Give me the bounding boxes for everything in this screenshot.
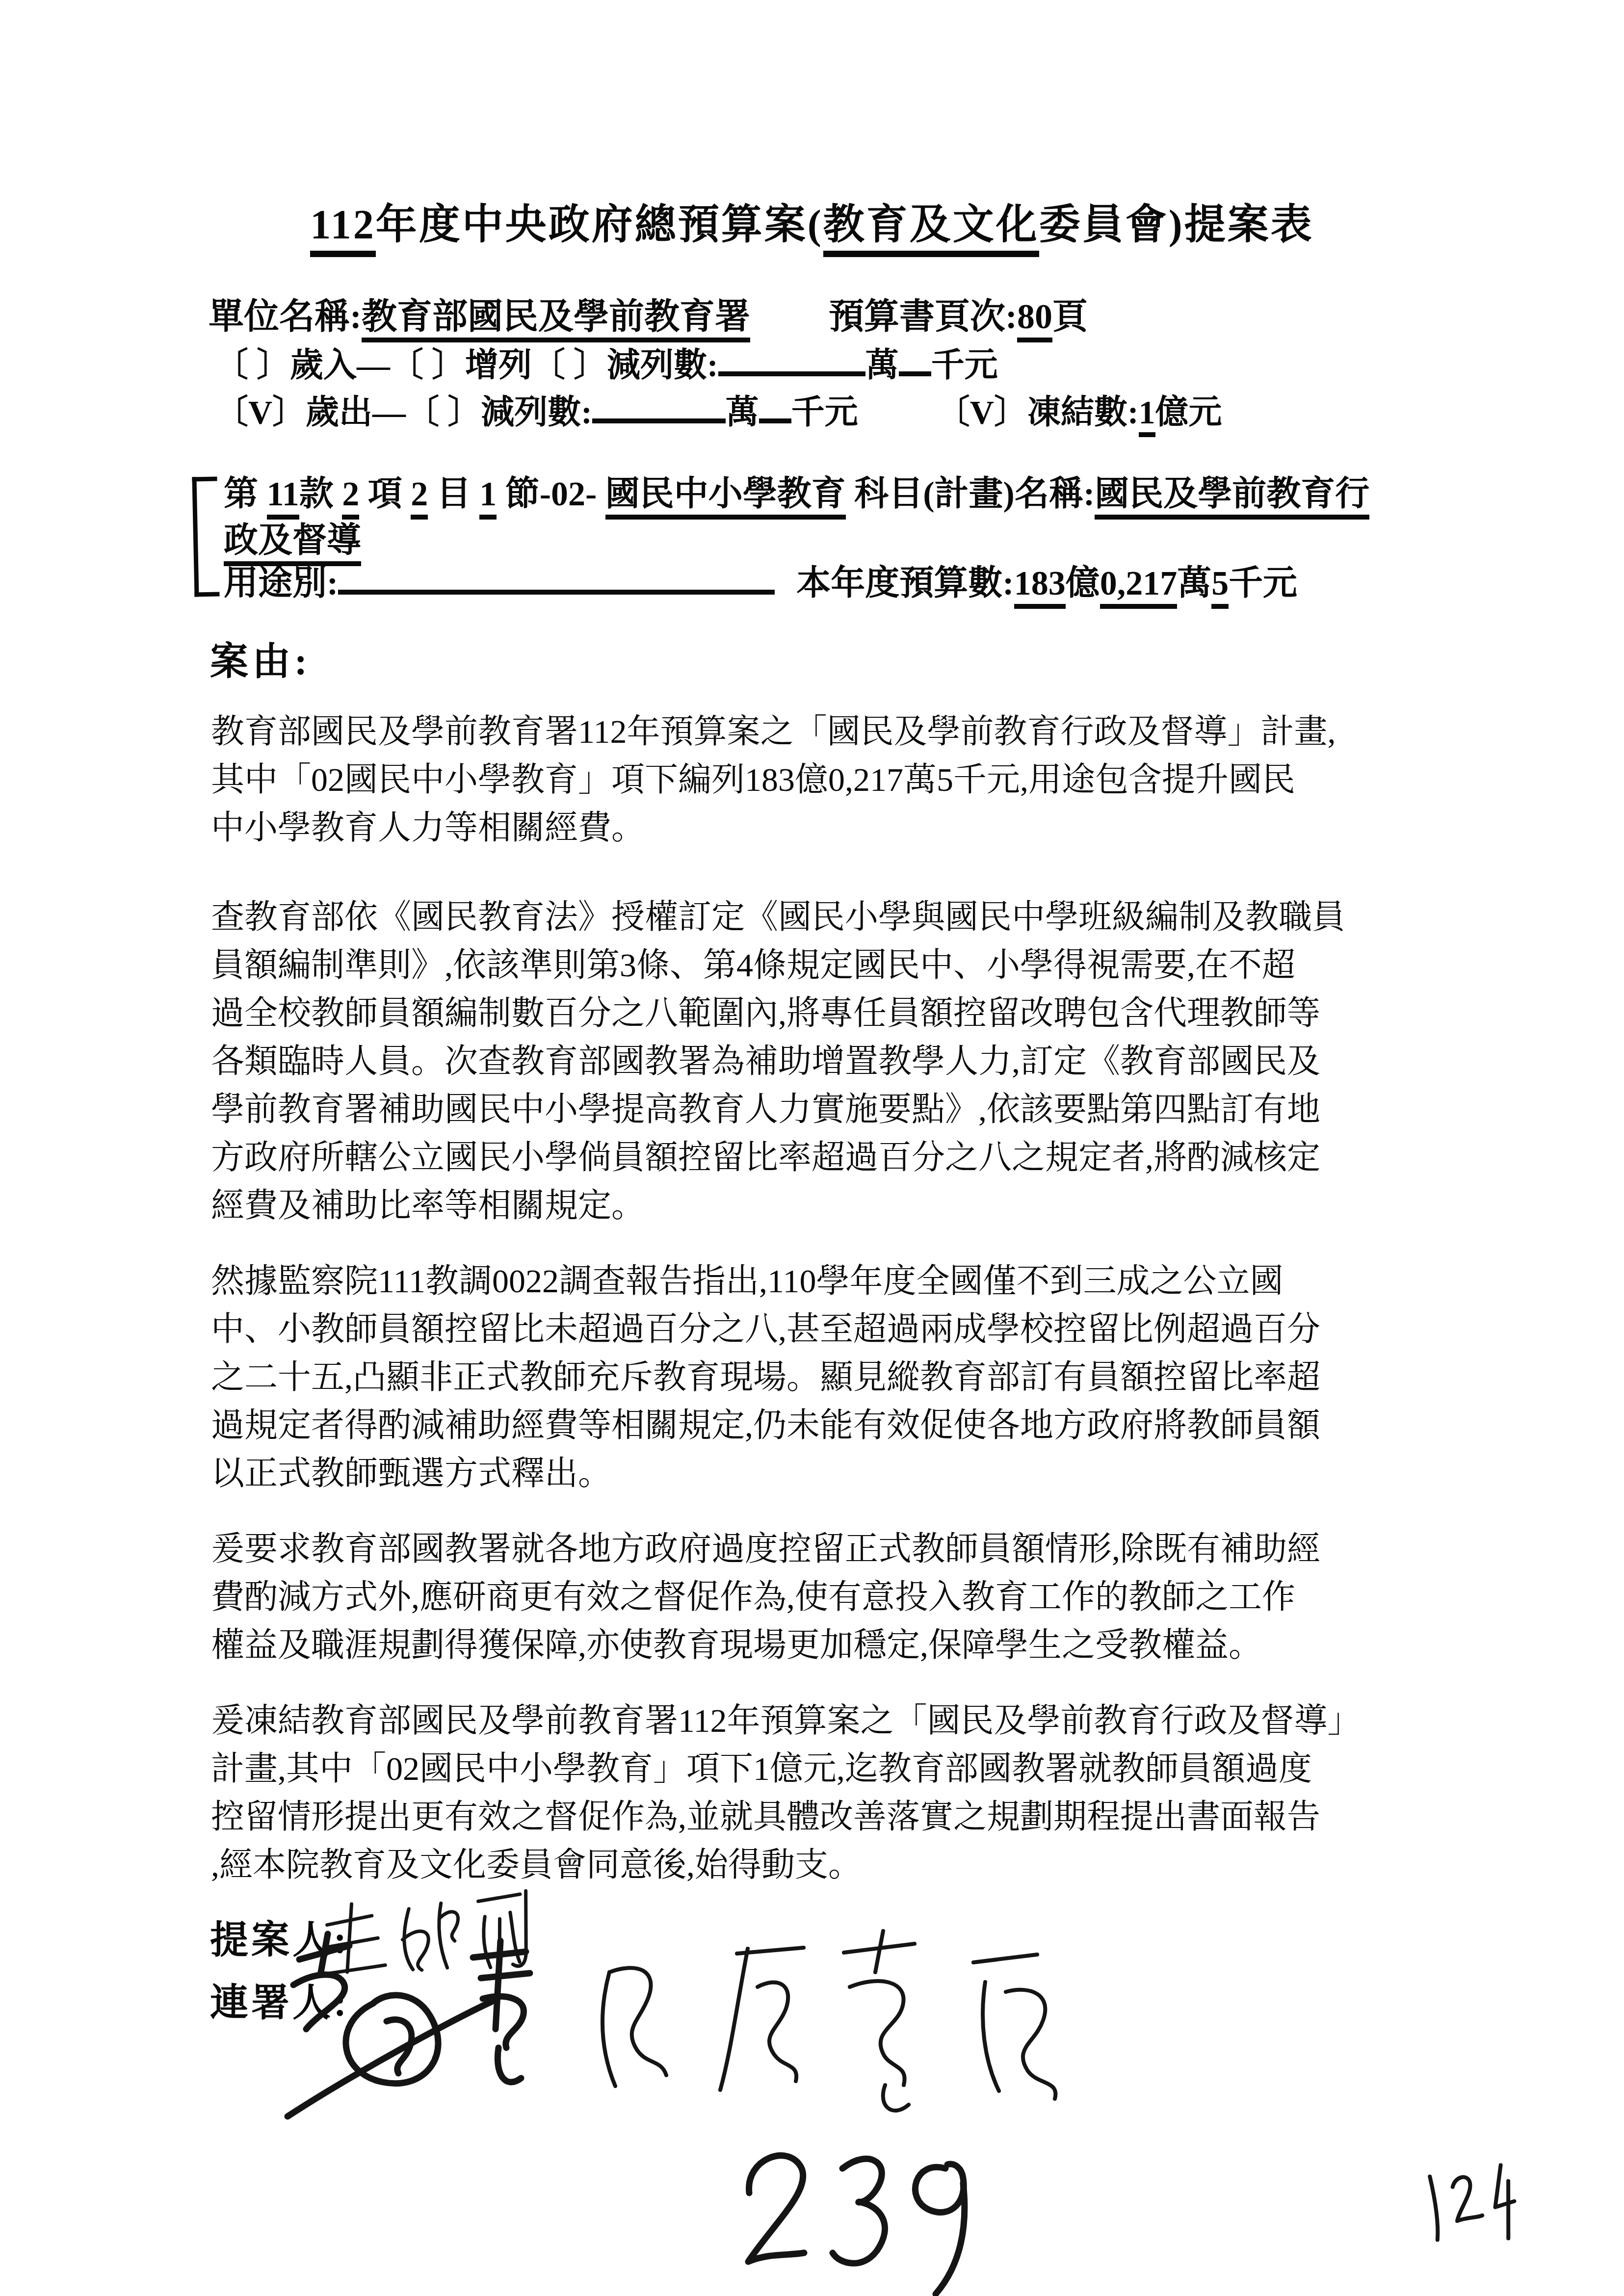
amount-blank bbox=[718, 339, 865, 376]
usage-label: 用途別: bbox=[224, 565, 338, 602]
unit-name-row: 單位名稱:教育部國民及學前教育署預算書頁次:80頁 bbox=[209, 287, 1088, 339]
item-mu-number: 2 bbox=[411, 475, 428, 520]
cosigner-signature-2-ink bbox=[569, 1922, 1168, 2138]
case-reason-label: 案由: bbox=[210, 631, 311, 686]
unit-name-label: 單位名稱: bbox=[209, 297, 362, 336]
annual-budget-label: 本年度預算數: bbox=[796, 565, 1014, 602]
amount-blank-small bbox=[759, 387, 791, 423]
decrease-checkbox: 〔 〕 bbox=[532, 346, 607, 384]
page-number-124-ink bbox=[1402, 2143, 1540, 2259]
increase-checkbox: 〔 〕 bbox=[390, 346, 465, 384]
revenue-checkbox: 〔 〕 bbox=[215, 346, 290, 384]
cosigner-signature-name-2: 張廖萬堅 bbox=[613, 1992, 621, 1995]
expenditure-checkbox-checked: 〔V〕 bbox=[215, 393, 306, 431]
page-title: 112年度中央政府總預算案(教育及文化委員會)提案表 bbox=[0, 191, 1624, 251]
budget-page-value: 80 bbox=[1017, 297, 1052, 342]
cosigner-signature-1-ink bbox=[259, 1924, 558, 2140]
budget-amount-yi: 183 bbox=[1014, 565, 1066, 609]
case-paragraph-5: 爰凍結教育部國民及學前教育署112年預算案之「國民及學前教育行政及督導」 計畫,… bbox=[211, 1696, 1438, 1889]
case-body: 教育部國民及學前教育署112年預算案之「國民及學前教育行政及督導」計畫, 其中「… bbox=[211, 707, 1438, 1916]
budget-amount-wan: 0,217 bbox=[1100, 565, 1178, 609]
case-paragraph-2: 查教育部依《國民教育法》授權訂定《國民小學與國民中學班級編制及教職員 員額編制準… bbox=[211, 893, 1438, 1229]
case-paragraph-1: 教育部國民及學前教育署112年預算案之「國民及學前教育行政及督導」計畫, 其中「… bbox=[211, 707, 1438, 852]
page-number-value: 124 bbox=[1423, 2168, 1426, 2171]
scanned-budget-proposal-document: 112年度中央政府總預算案(教育及文化委員會)提案表 單位名稱:教育部國民及學前… bbox=[0, 0, 1624, 2296]
proposer-signature-name: 王婉諭 bbox=[343, 1904, 349, 1906]
freeze-amount: 1 bbox=[1139, 393, 1155, 437]
usage-blank bbox=[338, 557, 775, 595]
case-paragraph-4: 爰要求教育部國教署就各地方政府過度控留正式教師員額情形,除既有補助經 費酌減方式… bbox=[211, 1525, 1438, 1669]
title-year: 112 bbox=[310, 202, 375, 257]
freeze-checkbox-checked: 〔V〕 bbox=[937, 393, 1027, 431]
cosigner-signature-name-1: 黃國書 bbox=[294, 1992, 300, 1995]
handwritten-number-value: 239 bbox=[736, 2159, 739, 2161]
item-chieh-number: 1 bbox=[479, 475, 497, 520]
section-left-bracket bbox=[192, 476, 219, 597]
revenue-row: 〔 〕歲入—〔 〕增列〔 〕減列數:萬千元 bbox=[215, 339, 998, 386]
budget-page-label: 預算書頁次: bbox=[829, 297, 1017, 336]
cut-checkbox: 〔 〕 bbox=[406, 393, 481, 431]
item-name: 國民中小學教育 bbox=[605, 475, 846, 520]
budget-item-line-2: 政及督導 bbox=[224, 513, 361, 562]
amount-blank-small bbox=[899, 339, 931, 376]
unit-name-value: 教育部國民及學前教育署 bbox=[362, 297, 750, 342]
case-paragraph-3: 然據監察院111教調0022調查報告指出,110學年度全國僅不到三成之公立國 中… bbox=[211, 1257, 1438, 1497]
budget-item-line-1: 第 11款 2 項 2 目 1 節-02- 國民中小學教育 科目(計畫)名稱:國… bbox=[224, 466, 1369, 516]
expenditure-row: 〔V〕歲出—〔 〕減列數:萬千元〔V〕凍結數:1億元 bbox=[215, 386, 1222, 433]
budget-amount-qian: 5 bbox=[1211, 565, 1229, 609]
handwritten-number-239-ink bbox=[714, 2118, 1008, 2296]
amount-blank bbox=[592, 387, 726, 423]
usage-row: 用途別:本年度預算數:183億0,217萬5千元 bbox=[224, 555, 1297, 605]
plan-name-part-1: 國民及學前教育行 bbox=[1095, 475, 1369, 520]
title-committee: 教育及文化 bbox=[823, 202, 1039, 257]
